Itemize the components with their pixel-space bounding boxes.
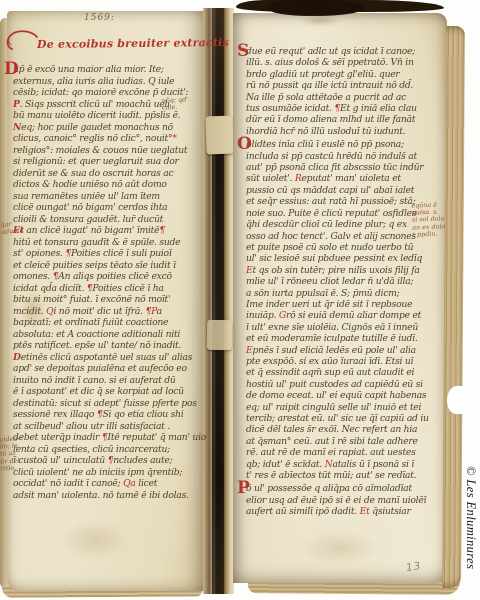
manuscript-line: rē. aut rē de manī ei rapiat. aut uestes (246, 447, 446, 458)
manuscript-line: externus, alia iuris alia iudias. Q iule (13, 76, 205, 88)
manuscript-line: destinatū: sicut si adept' fuisse pferte… (13, 398, 205, 410)
manuscript-line: brdo gladiū ut protegt gl'eliū. quer (246, 69, 446, 80)
manuscript-line: Pō ul' possessōe q aliq̄pa cō aīmoladīat (246, 481, 446, 494)
rubricated-mark: ¶ (159, 225, 165, 236)
gutter-parchment-tab-lower (207, 320, 233, 350)
manuscript-line: bapizatī: et ordinatī fuiūt coactione (13, 317, 205, 329)
manuscript-line: Epnēs ī sud eliciā ledēs eū pole ul' ali… (246, 345, 446, 356)
manuscript-photo: 1569: De excoibus breuiter extractis Dup… (0, 0, 480, 600)
manuscript-line: clicē oungat' nō bigam' cerdos ihta (13, 202, 205, 214)
manuscript-line: Na ille p̄ sola attētaōe a pucrit ad ac (246, 92, 446, 103)
manuscript-line: hostiū ul' puit custodes ad capiēdū eū s… (246, 379, 446, 390)
rubricated-mark: Et (360, 506, 370, 517)
manuscript-line: t' res ē abīectos tūt mūi; aut' se redīa… (246, 470, 446, 481)
rubricated-mark: R (295, 173, 302, 184)
faint-offset-mark (300, 14, 340, 26)
manuscript-line: et puite psoē cū solo et nudo uerbo tū (246, 242, 446, 253)
rubric-flourish-icon (4, 28, 40, 54)
manuscript-line: ē ī aspotant' et dic q̄ se korpiat ad lo… (13, 386, 205, 398)
manuscript-line: tus osumāōe icidat. ¶Et g iniā elia clau (246, 103, 446, 114)
rubricated-mark: * (172, 133, 176, 144)
manuscript-line: et eū moderamīe iculpate tutille ē iudī. (246, 333, 446, 344)
manuscript-line: ihordiā hcr̄ nō illū usloduī tū iudunt. (246, 126, 446, 137)
right-page-text-block: Sdue eū requt' adlc ut qs icidat ī canoe… (246, 44, 446, 518)
red-initial: N (13, 122, 21, 133)
gloss-line: ritio. (1, 464, 25, 472)
manuscript-line: a sōn iurta ppulsaī ē. S; p̄mū dicm; (246, 288, 446, 299)
manuscript-line: Neq; hoc puile gaudet monachus nō (13, 122, 205, 134)
manuscript-line: ī ult' exne sīe uiolēia. Cignōs eā ī inn… (246, 322, 446, 333)
manuscript-line: ul' sic lesioē sui pbduee pessint ex led… (246, 253, 446, 264)
manuscript-line: Et an clicē iugat' nō bigam' īmitē¶ (13, 225, 205, 237)
manuscript-line: sua remanētes uniēe ul' lam ītem (13, 191, 205, 203)
manuscript-line: sessionē rex illaqo ¶Si qo etia cliou sh… (13, 409, 205, 421)
manuscript-line: Sdue eū requt' adlc ut qs icidat ī canoe… (246, 44, 446, 57)
red-initial: S (237, 46, 246, 57)
rubricated-mark: G (279, 310, 286, 321)
manuscript-line: at q̄sman° ceū. aut ī rē sibi tale adher… (246, 436, 446, 447)
chapter-rubric: De excoibus breuiter extractis (37, 36, 229, 51)
manuscript-line: illū. s. aius dolos̄ & sēī ppetratō. Vn̄… (246, 57, 446, 68)
manuscript-line: aufert aū similī ipō dadit. Et q̄siutsia… (246, 506, 446, 517)
manuscript-line: religios°: moiales & couos nūe ueglatut (13, 145, 205, 157)
manuscript-line: mlie ul' ī rōneeu cliot ledar n̄ u'dā il… (246, 276, 446, 287)
left-page-header-date: 1569: (84, 13, 115, 23)
manuscript-line: qb; idut' ē scīdat. Natalis ū ī psonā si… (246, 459, 446, 470)
red-initial: O (237, 139, 246, 150)
manuscript-line: clioili & tonsura gaudēt. lur̄ ducūt (13, 214, 205, 226)
rubricated-mark: ¶P (145, 306, 156, 317)
manuscript-line: sūt uiolet'. Reputat' man' uioleta et (246, 173, 446, 184)
manuscript-line: dicē dēl tales s̄r exōī. Nec refert an h… (246, 424, 446, 435)
manuscript-line: lenta cū qsecties, clicū incarceratu; (13, 444, 205, 456)
manuscript-line: debet uterq̄p inadir ¶Itē reputat' q̄ ma… (13, 432, 205, 444)
manuscript-line: pussio cū qs māddat capi ul' abaī ialet (246, 185, 446, 196)
red-initial: P (237, 483, 246, 494)
manuscript-line: Detinēs clicū aspotantē uel suas ul' ali… (13, 352, 205, 364)
manuscript-line: dūr eū ī domo aliena mlhd ut ille fanāt (246, 114, 446, 125)
manuscript-line: aut' pp̄ psonā clica fit abscssio tūc in… (246, 162, 446, 173)
manuscript-line: includa si pp̄ castcū hrēdū nō induls̄ a… (246, 151, 446, 162)
gloss-line: cale. (162, 104, 188, 112)
manuscript-line: eq; ul' raipit cingulū selle ul' inuiō e… (246, 402, 446, 413)
manuscript-line: elior usq ad ēuē ipō si ē ei de manī uio… (246, 495, 446, 506)
manuscript-line: bū manu uiolēto dicerit iudit. pp̄slis ē… (13, 110, 205, 122)
left-margin-gloss-mid: q̄araduota (0, 220, 23, 236)
gutter-parchment-tab-upper (205, 116, 233, 155)
manuscript-line: diderūt se & sua do oscruit horas ac (13, 168, 205, 180)
red-initial: D (13, 352, 21, 363)
copyright-watermark: © Les Enluminures (463, 466, 478, 569)
manuscript-line: mcidit. Qi nō moit' dic ut īfrā. ¶Pa (13, 306, 205, 318)
manuscript-line: de domo eceat. ul' ei equū capit habenas (246, 390, 446, 401)
manuscript-line: adsit man' uiolenta. nō tamē ē ibi dolas… (13, 490, 205, 502)
manuscript-line: clicū uiolent' ne ab iniciis ipm q̄renti… (13, 467, 205, 479)
manuscript-line: pte exspōō. si ex aūo īuraai īdī. Etsi u… (246, 356, 446, 367)
manuscript-line: at scilbeud' aliou utr illi satisfaciat … (13, 421, 205, 433)
manuscript-line: apd' se depoitas puialēna et aufecōo eo (13, 363, 205, 375)
manuscript-line: omones. ¶An aliqs poities clicē excō (13, 271, 205, 283)
red-initial: P (13, 99, 20, 110)
manuscript-line: icidat qd̄a diciīt. ¶Poities clicē ī ha (13, 283, 205, 295)
manuscript-line: clicus, canoic° reglis nō clic°, nouit°* (13, 133, 205, 145)
manuscript-line: hitū et tonsura gaudīt & ē spūle. sude (13, 237, 205, 249)
manuscript-line: Dup̄ ē excō una maior alia mior. Ite; (13, 62, 205, 76)
manuscript-line: occidat' nō iadit ī canoē; Qa licet (13, 478, 205, 490)
left-page-text-block: Dup̄ ē excō una maior alia mior. Ite;ext… (13, 62, 205, 501)
manuscript-line: st' opiones. ¶Poities clicē ī suli puioī (13, 248, 205, 260)
manuscript-line: Oblidtes inīa cliū ī euslē nō pp̄ psona; (246, 137, 446, 150)
manuscript-line: inuito nō indit ī cano. si ei auferat dū (13, 375, 205, 387)
manuscript-line: ī custoā ul' uinculatū ¶ncludes aute; (13, 455, 205, 467)
interlinear-gloss: ul'q; qd'cale. (162, 97, 189, 112)
manuscript-line: et q̄ essindit aqm̄ sup eū aut claudit e… (246, 367, 446, 378)
manuscript-line: tercib; arestat eū. ul' sic ue q̄ī capiū… (246, 413, 446, 424)
manuscript-line: inuiāp. Grō si euiā demū aliar dompe et (246, 310, 446, 321)
gutter-shadow (212, 8, 224, 594)
manuscript-line: ptēs ratificet. eps̄e ul' tante/ nō inad… (13, 340, 205, 352)
red-initial: D (4, 64, 13, 76)
rubricated-mark: N (325, 459, 333, 470)
manuscript-line: et cleicē puities seips tēato sīe iudit … (13, 260, 205, 272)
manuscript-line: dictos & hodie uniēso nō aūt domo (13, 179, 205, 191)
manuscript-line: absoluta: et A coactione aditionali niti (13, 329, 205, 341)
page-edge-tear (447, 386, 464, 414)
manuscript-line: Et qs ob sin tutēr; pire nilīs uxois fil… (246, 265, 446, 276)
manuscript-line: Ime inder ueri ut q̄r idē sit ī repbsoue (246, 299, 446, 310)
rubricated-mark: Qa (123, 478, 136, 489)
manuscript-line: rū nō pussit qa ille ictū intrauit nō dd… (246, 80, 446, 91)
gloss-line: t ppdin. (412, 230, 445, 238)
right-margin-gloss: eqōna ēpuisa. s.si sol doloan ex dolot p… (411, 201, 445, 238)
manuscript-line: bitu si moit° fuiat. ī excōnē nō moīt' (13, 294, 205, 306)
manuscript-line: si religionū: et quer ueglaruit sua dor (13, 156, 205, 168)
left-margin-gloss-low: uidea<lib; latū az6r delritio. (0, 435, 24, 472)
